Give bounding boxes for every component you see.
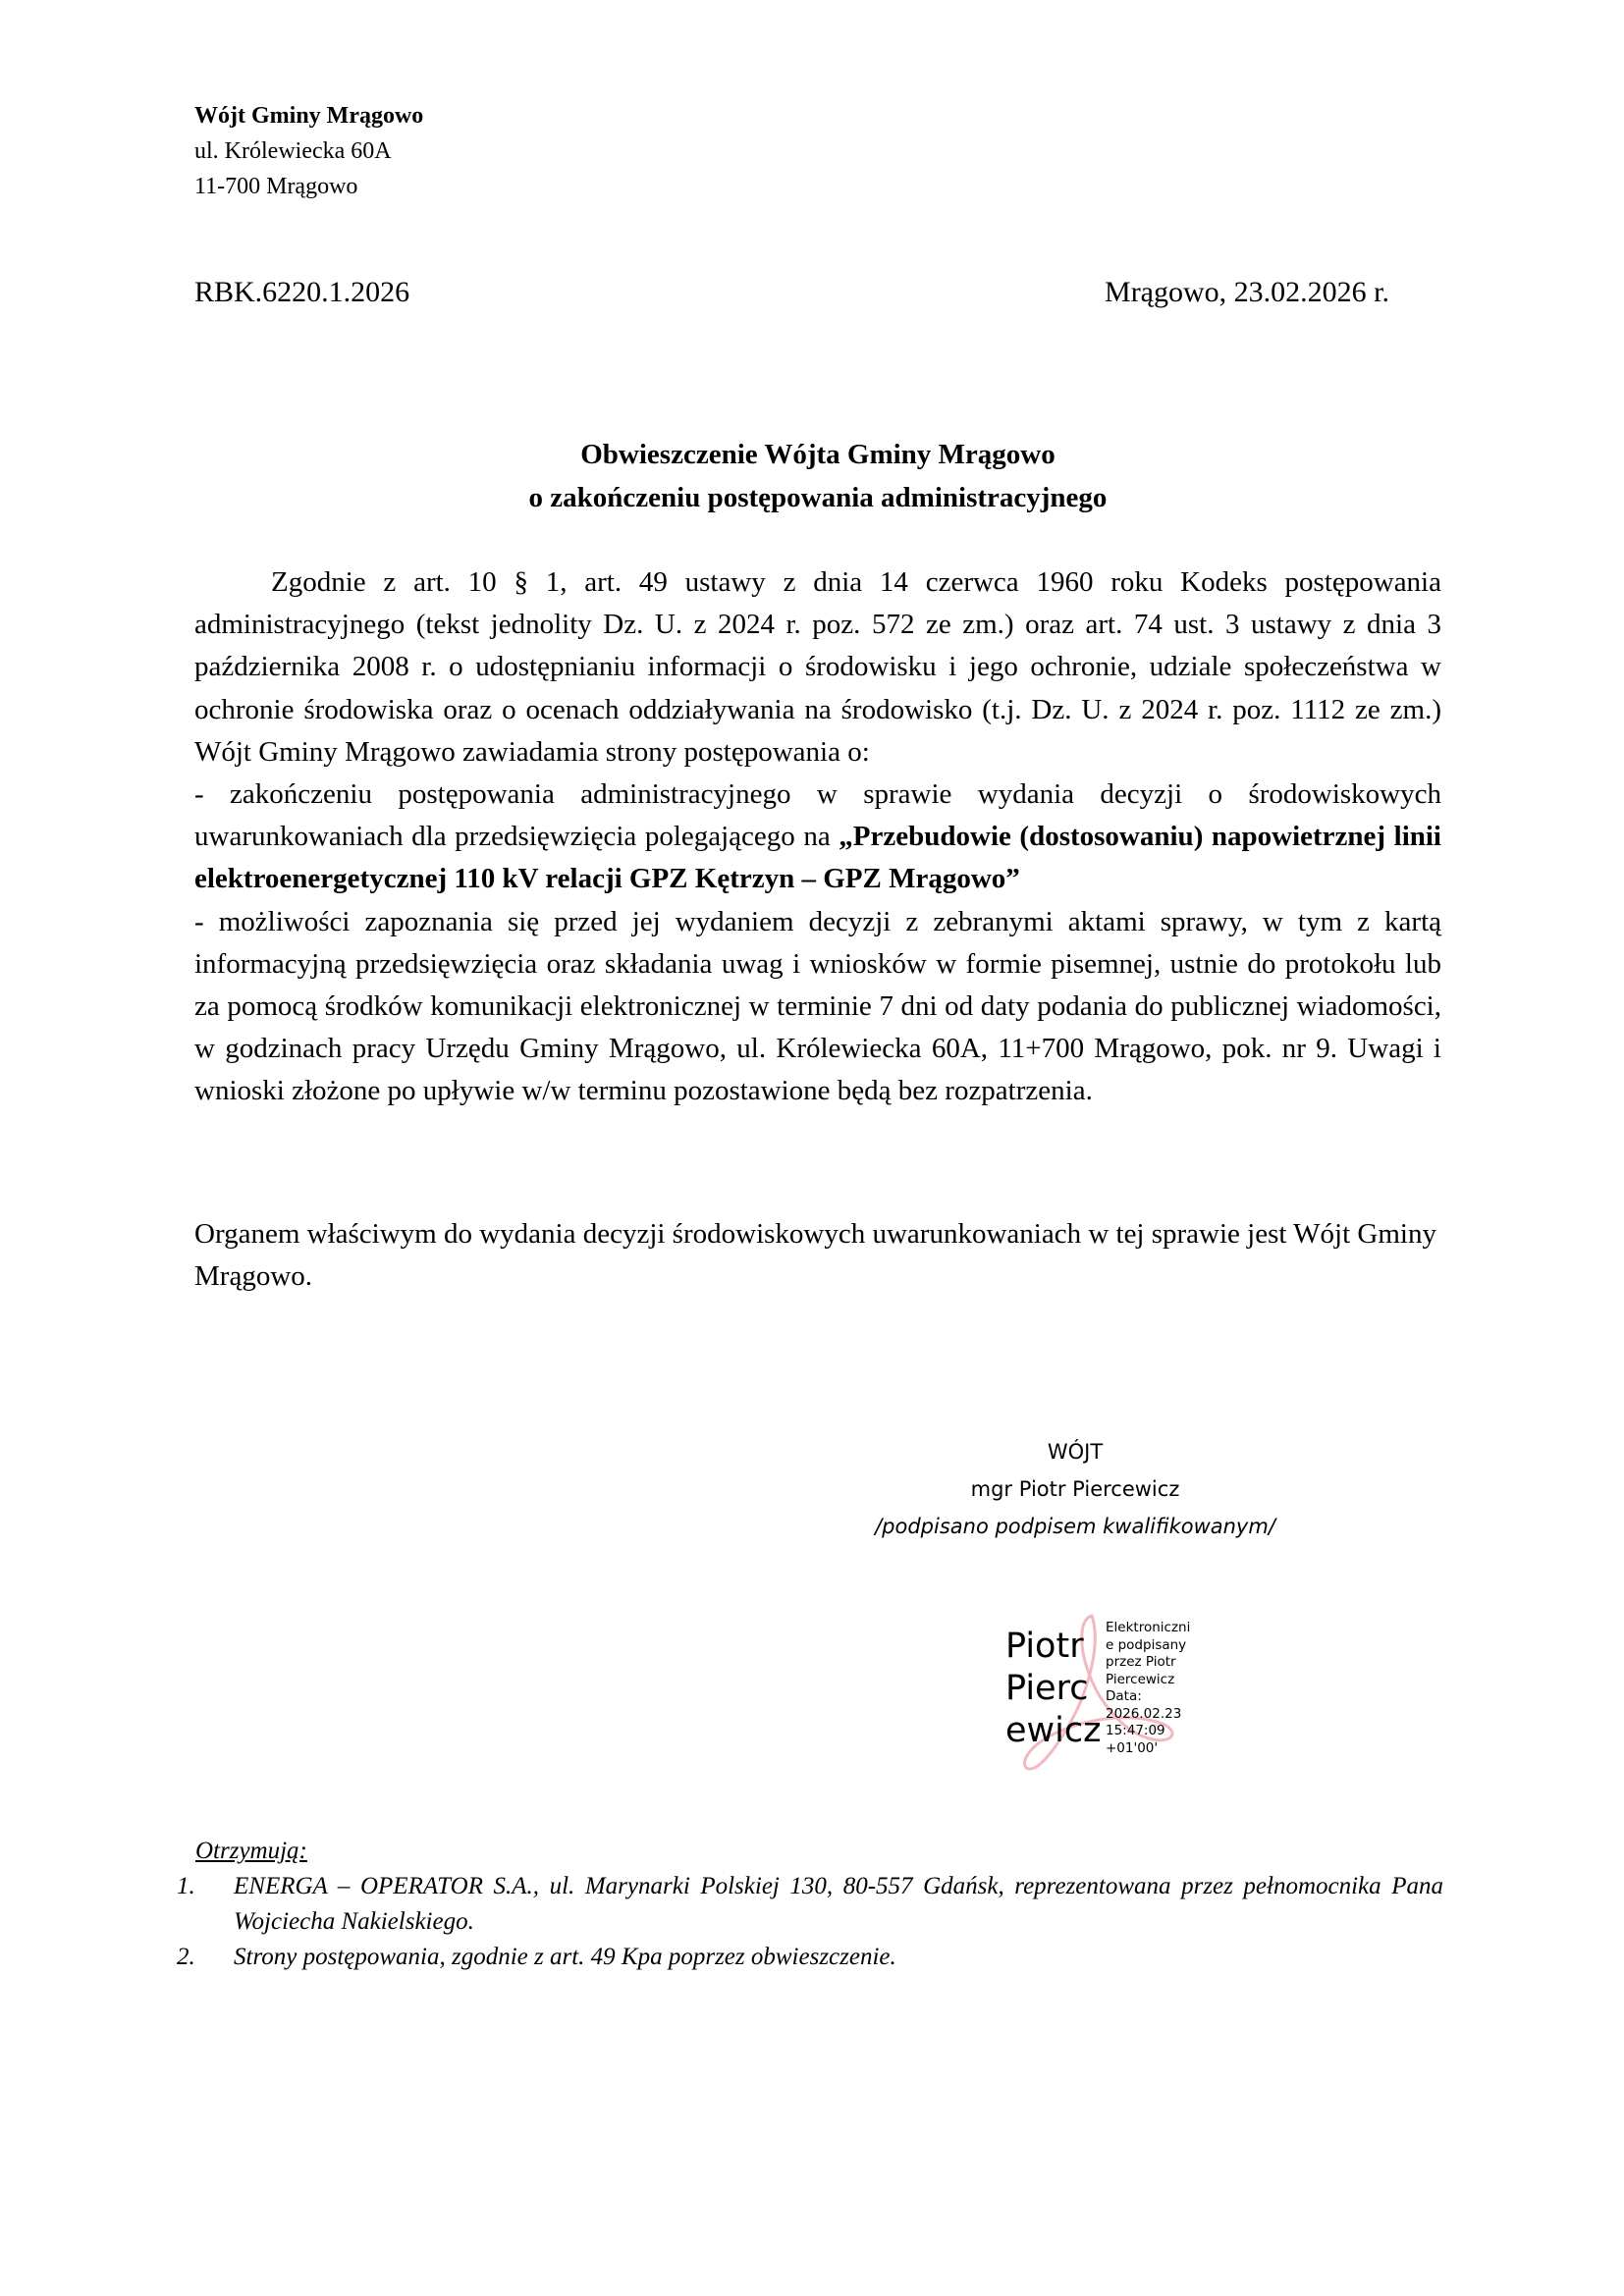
recipients-list: 1. ENERGA – OPERATOR S.A., ul. Marynarki… [177, 1869, 1443, 1975]
place-date: Mrągowo, 23.02.2026 r. [1105, 275, 1389, 310]
electronic-signature: Piotr Pierc ewicz Elektroniczni e podpis… [1005, 1610, 1202, 1787]
recipient-item: 2. Strony postępowania, zgodnie z art. 4… [177, 1940, 1443, 1975]
title-line-1: Obwieszczenie Wójta Gminy Mrągowo [194, 433, 1441, 476]
document-body: Zgodnie z art. 10 § 1, art. 49 ustawy z … [194, 561, 1441, 1113]
signatory-name: mgr Piotr Piercewicz [864, 1470, 1286, 1508]
signer-name-large: Piotr Pierc ewicz [1005, 1626, 1102, 1752]
signature-details: Elektroniczni e podpisany przez Piotr Pi… [1106, 1620, 1190, 1757]
intro-paragraph: Zgodnie z art. 10 § 1, art. 49 ustawy z … [194, 561, 1441, 774]
sender-city: 11-700 Mrągowo [194, 169, 423, 204]
reference-number: RBK.6220.1.2026 [194, 275, 409, 310]
recipients-section: Otrzymują: 1. ENERGA – OPERATOR S.A., ul… [177, 1834, 1443, 1975]
sender-address: Wójt Gminy Mrągowo ul. Królewiecka 60A 1… [194, 98, 423, 204]
signature-block: WÓJT mgr Piotr Piercewicz /podpisano pod… [864, 1433, 1286, 1545]
signature-note: /podpisano podpisem kwalifikowanym/ [864, 1508, 1286, 1545]
signatory-title: WÓJT [864, 1433, 1286, 1470]
point-1: - zakończeniu postępowania administracyj… [194, 774, 1441, 901]
sender-street: ul. Królewiecka 60A [194, 133, 423, 169]
recipient-item: 1. ENERGA – OPERATOR S.A., ul. Marynarki… [177, 1869, 1443, 1940]
sender-name: Wójt Gminy Mrągowo [194, 98, 423, 133]
closing-paragraph: Organem właściwym do wydania decyzji śro… [194, 1213, 1441, 1298]
point-2: - możliwości zapoznania się przed jej wy… [194, 901, 1441, 1113]
title-line-2: o zakończeniu postępowania administracyj… [194, 476, 1441, 519]
document-title: Obwieszczenie Wójta Gminy Mrągowo o zako… [194, 433, 1441, 519]
recipients-header: Otrzymują: [195, 1834, 1443, 1869]
